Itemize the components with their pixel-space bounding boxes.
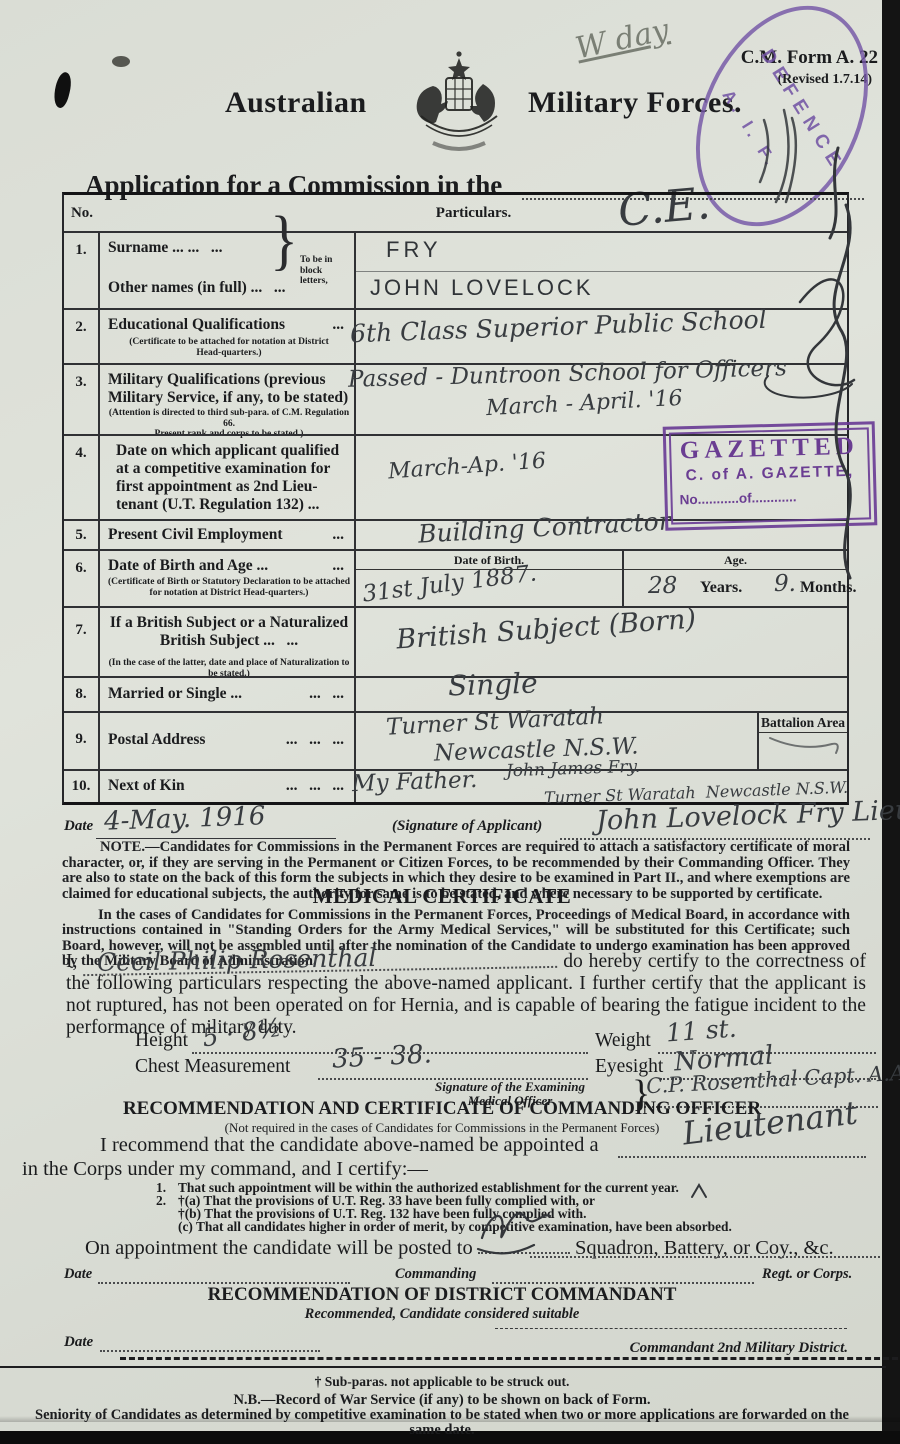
row-number: 7. [64, 608, 100, 676]
row-number: 5. [64, 521, 100, 549]
medical-certify-paragraph: I, Cecil Philip Rosenthal do hereby cert… [66, 948, 866, 1039]
co-recommend-line: I recommend that the candidate above-nam… [100, 1134, 599, 1157]
gazetted-stamp: GAZETTED C. of A. GAZETTE, No...........… [663, 421, 878, 531]
co-posted-pre: On appointment the candidate will be pos… [85, 1237, 473, 1259]
co-item-2-number: 2. [156, 1193, 166, 1209]
commanding-signature-line [530, 1248, 880, 1258]
chest-value: 35 - 38. [331, 1039, 432, 1074]
aif-stamp-text-aif: A. I. F. [718, 87, 782, 173]
table-row-british-subject: 7. If a British Subject or a Naturalized… [64, 606, 847, 676]
british-subject-label: If a British Subject or a Naturalized Br… [108, 614, 350, 650]
coat-of-arms [393, 48, 523, 166]
military-qual-value-line2: March - April. '16 [485, 386, 683, 421]
no-column-header: No. [64, 195, 100, 231]
married-single-label: Married or Single ... [108, 685, 242, 702]
table-row-educational: 2. Educational Qualifications ... (Certi… [64, 308, 847, 363]
row-number: 1. [64, 233, 100, 308]
value-divider-line [356, 271, 847, 272]
co-certify-line: in the Corps under my command, and I cer… [22, 1158, 428, 1181]
commanding-label: Commanding [395, 1266, 476, 1283]
battalion-area-label: Battalion Area [759, 713, 847, 733]
dot-leaders: ... ... [309, 685, 350, 703]
row-number: 2. [64, 310, 100, 363]
postal-address-label: Postal Address [108, 731, 205, 748]
commanding-line [492, 1264, 754, 1284]
weight-value: 11 st. [665, 1014, 737, 1048]
british-subject-value: British Subject (Born) [395, 604, 697, 656]
dot-leaders: ... ... [263, 632, 298, 649]
row-number: 6. [64, 551, 100, 606]
age-years-value: 28 [648, 573, 677, 599]
row-value-cell: FRY JOHN LOVELOCK [356, 233, 847, 308]
row-label-cell: Married or Single ... ... ... [100, 678, 356, 711]
examining-officer-label-line1: Signature of the Examining [388, 1080, 632, 1094]
district-subheading: Recommended, Candidate considered suitab… [0, 1306, 884, 1323]
table-row-married-single: 8. Married or Single ... ... ... Single [64, 676, 847, 711]
dot-leaders: ... ... [188, 239, 223, 256]
dot-leaders: ... ... ... [286, 777, 350, 795]
row-label-cell: Date of Birth and Age ... ... (Certifica… [100, 551, 356, 606]
row-value-cell: My Father. John James Fry. Turner St War… [356, 771, 847, 802]
educational-label: Educational Qualifications ... [108, 316, 350, 334]
co-date-label: Date [64, 1266, 92, 1283]
military-qual-note1: (Attention is directed to third sub-para… [108, 408, 350, 429]
table-header-row: No. Particulars. [64, 195, 847, 231]
married-single-value: Single [447, 666, 538, 702]
particulars-column-header: Particulars. [100, 195, 847, 231]
district-date-label: Date [64, 1334, 93, 1351]
footer-divider-dashed [120, 1357, 898, 1360]
row-label-cell: If a British Subject or a Naturalized Br… [100, 608, 356, 676]
scan-edge-right [882, 0, 900, 1444]
height-label: Height [135, 1030, 188, 1052]
co-date-line [98, 1264, 350, 1284]
row-value-cell: Date of Birth. 31st July 1887. Age. 28 Y… [356, 551, 847, 606]
table-row-military-qualifications: 3. Military Qualifications (previous Mil… [64, 363, 847, 434]
qualification-date-value: March-Ap. '16 [387, 449, 546, 485]
co-item-2c: (c) That all candidates higher in order … [178, 1219, 732, 1235]
row-value-cell: British Subject (Born) [356, 608, 847, 676]
dot-leaders: ... ... ... [286, 731, 350, 749]
block-letters-note: To be in block letters, [300, 255, 352, 287]
qualification-date-label: Date on which applicant qualified at a c… [108, 442, 344, 514]
educational-value: 6th Class Superior Public School [350, 305, 768, 349]
military-qual-label: Military Qualifications (previous Milita… [108, 371, 350, 407]
other-names-value: JOHN LOVELOCK [370, 275, 594, 301]
district-heading: RECOMMENDATION OF DISTRICT COMMANDANT [0, 1284, 884, 1306]
dagger-footnote: † Sub-paras. not applicable to be struck… [0, 1374, 884, 1390]
certify-prefix: I, [66, 951, 77, 972]
birth-age-label: Date of Birth and Age ... ... [108, 557, 350, 575]
scanned-form-page: C.M. Form A. 22 (Revised 1.7.14) Austral… [0, 0, 900, 1444]
row-label-cell: Next of Kin ... ... ... [100, 771, 356, 802]
date-value: 4-May. 1916 [104, 801, 266, 837]
medical-certificate-heading: MEDICAL CERTIFICATE [0, 884, 884, 909]
age-months-value: 9. [774, 571, 796, 597]
row-label-cell: Postal Address ... ... ... [100, 713, 356, 769]
org-title-left: Australian [225, 86, 367, 120]
table-row-next-of-kin: 10. Next of Kin ... ... ... My Father. J… [64, 769, 847, 802]
surname-value: FRY [386, 237, 442, 263]
table-row-birth-age: 6. Date of Birth and Age ... ... (Certif… [64, 549, 847, 606]
brace: } [270, 230, 298, 251]
seniority-footnote: Seniority of Candidates as determined by… [28, 1408, 856, 1438]
examining-doctor-name: Cecil Philip Rosenthal [83, 944, 557, 976]
weight-label: Weight [595, 1030, 651, 1052]
row-number: 4. [64, 436, 100, 519]
birth-age-note: (Certificate of Birth or Statutory Decla… [108, 577, 350, 598]
months-label: Months. [800, 579, 856, 597]
row-label-cell: Military Qualifications (previous Milita… [100, 365, 356, 434]
row-number: 10. [64, 771, 100, 802]
dot-leaders: ... [332, 557, 350, 575]
dot-leaders: ... [332, 526, 350, 544]
row-number: 3. [64, 365, 100, 434]
age-header: Age. [624, 551, 847, 570]
table-row-surname: 1. Surname ... ... ... Other names (in f… [64, 231, 847, 308]
date-label: Date [64, 818, 93, 835]
footer-divider-solid [0, 1366, 886, 1368]
battalion-area-box: Battalion Area [757, 713, 847, 769]
educational-note: (Certificate to be attached for notation… [118, 337, 341, 358]
ink-blot [51, 71, 74, 110]
next-of-kin-label: Next of Kin [108, 777, 185, 794]
commandant-signature-line [495, 1328, 847, 1329]
row-number: 8. [64, 678, 100, 711]
district-date-line [100, 1332, 320, 1352]
row-label-cell: Educational Qualifications ... (Certific… [100, 310, 356, 363]
row-label-cell: Present Civil Employment ... [100, 521, 356, 549]
co-recommend-pre: I recommend that the candidate above-nam… [100, 1134, 599, 1156]
pencil-annotation: W day [572, 13, 672, 67]
years-label: Years. [700, 579, 742, 597]
signature-of-applicant-label: (Signature of Applicant) [392, 818, 542, 835]
row-label-cell: Date on which applicant qualified at a c… [100, 436, 356, 519]
civil-employment-label: Present Civil Employment [108, 526, 283, 543]
commandant-label: Commandant 2nd Military District. [582, 1340, 848, 1357]
age-subcell: Age. 28 Years. 9. Months. [624, 551, 847, 606]
date-of-birth-subcell: Date of Birth. 31st July 1887. [356, 551, 624, 606]
table-row-postal-address: 9. Postal Address ... ... ... Turner St … [64, 711, 847, 769]
dot-leaders: ... ... [251, 279, 286, 296]
row-number: 9. [64, 713, 100, 769]
regt-or-corps-label: Regt. or Corps. [762, 1266, 852, 1283]
next-of-kin-value: My Father. [352, 767, 478, 797]
next-of-kin-name: John James Fry. [506, 757, 641, 782]
row-label-cell: Surname ... ... ... Other names (in full… [100, 233, 356, 308]
dot-leaders: ... [332, 316, 350, 334]
ink-smudge [112, 56, 130, 67]
chest-label: Chest Measurement [135, 1056, 290, 1078]
